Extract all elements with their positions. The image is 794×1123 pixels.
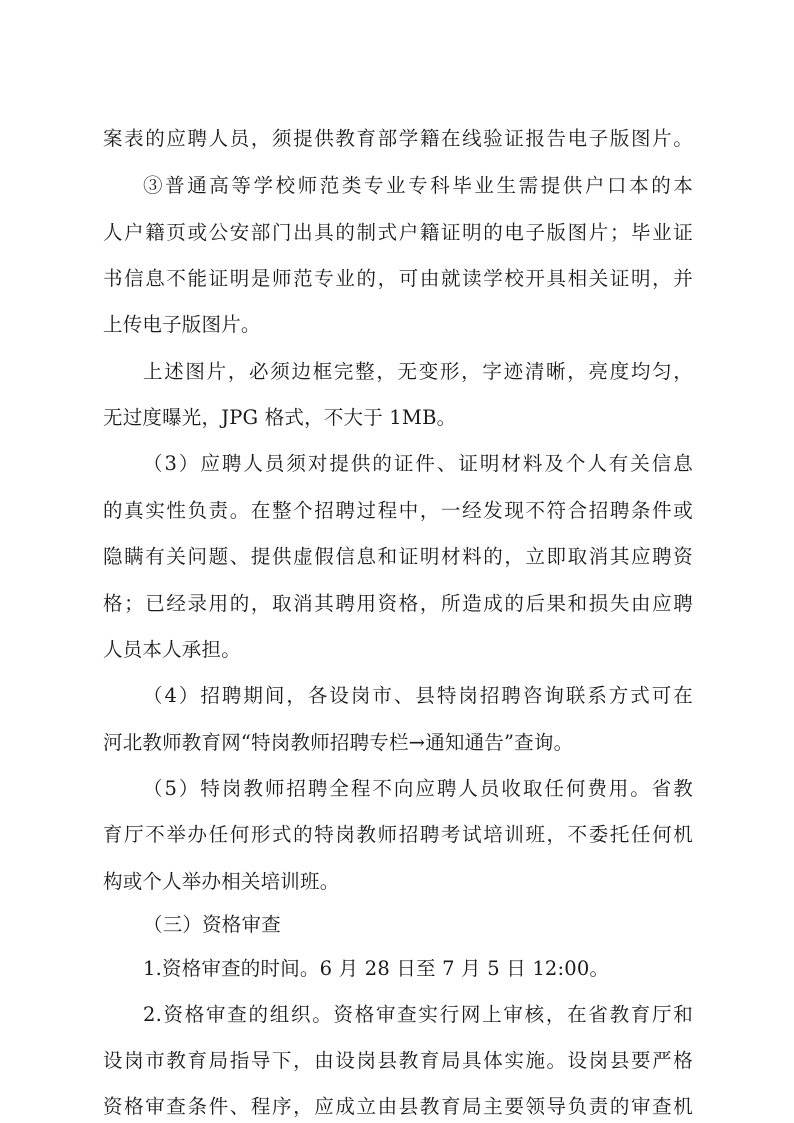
text-line: 构或个人举办相关培训班。 — [103, 868, 693, 896]
text-line: 资格审查条件、程序，应成立由县教育局主要领导负责的审查机 — [103, 1093, 693, 1121]
text-line: 河北教师教育网“特岗教师招聘专栏→通知通告”查询。 — [103, 729, 693, 757]
text-line: 2.资格审查的组织。资格审查实行网上审核，在省教育厅和 — [143, 1001, 693, 1029]
text-line: （3）应聘人员须对提供的证件、证明材料及个人有关信息 — [143, 450, 693, 478]
text-line: 1.资格审查的时间。6 月 28 日至 7 月 5 日 12:00。 — [143, 955, 693, 983]
document-page: 案表的应聘人员，须提供教育部学籍在线验证报告电子版图片。 ③普通高等学校师范类专… — [0, 0, 794, 1123]
text-line: 隐瞒有关问题、提供虚假信息和证明材料的，立即取消其应聘资 — [103, 543, 693, 571]
text-line: 无过度曝光，JPG 格式，不大于 1MB。 — [103, 404, 693, 432]
text-line: 人户籍页或公安部门出具的制式户籍证明的电子版图片；毕业证 — [103, 219, 693, 247]
text-line: 案表的应聘人员，须提供教育部学籍在线验证报告电子版图片。 — [103, 125, 693, 153]
text-line: （5）特岗教师招聘全程不向应聘人员收取任何费用。省教 — [143, 775, 693, 803]
section-heading: （三）资格审查 — [143, 911, 693, 939]
text-line: 上传电子版图片。 — [103, 311, 693, 339]
text-line: 人员本人承担。 — [103, 636, 693, 664]
text-line: 上述图片，必须边框完整，无变形，字迹清晰，亮度均匀， — [143, 358, 693, 386]
text-line: （4）招聘期间，各设岗市、县特岗招聘咨询联系方式可在 — [143, 682, 693, 710]
text-line: 书信息不能证明是师范专业的，可由就读学校开具相关证明，并 — [103, 265, 693, 293]
text-line: 育厅不举办任何形式的特岗教师招聘考试培训班，不委托任何机 — [103, 821, 693, 849]
text-line: 格；已经录用的，取消其聘用资格，所造成的后果和损失由应聘 — [103, 590, 693, 618]
text-line: 设岗市教育局指导下，由设岗县教育局具体实施。设岗县要严格 — [103, 1047, 693, 1075]
text-line: 的真实性负责。在整个招聘过程中，一经发现不符合招聘条件或 — [103, 497, 693, 525]
text-line: ③普通高等学校师范类专业专科毕业生需提供户口本的本 — [143, 172, 693, 200]
